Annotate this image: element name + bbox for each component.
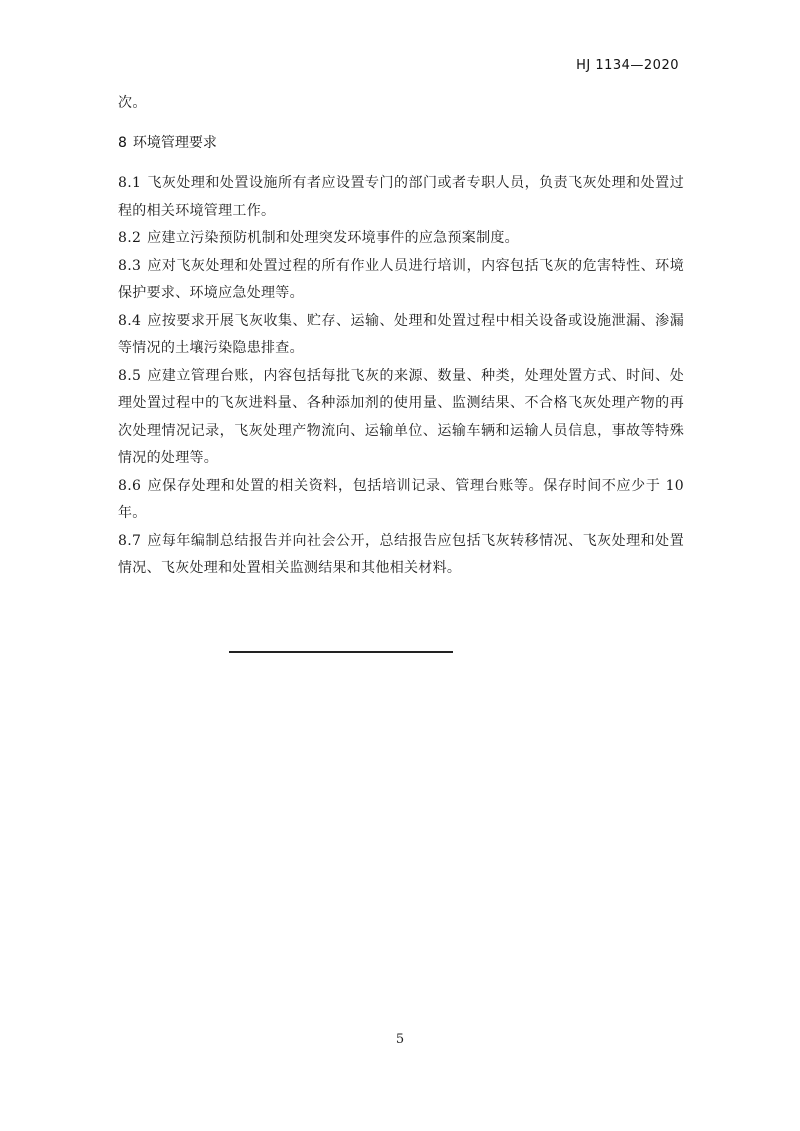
clause-8-4: 8.4应按要求开展飞灰收集、贮存、运输、处理和处置过程中相关设备或设施泄漏、渗漏…: [118, 308, 684, 363]
page-body: 次。 8环境管理要求 8.1飞灰处理和处置设施所有者应设置专门的部门或者专职人员…: [118, 90, 684, 583]
clause-text: 应保存处理和处置的相关资料，包括培训记录、管理台账等。保存时间不应少于 10 年…: [118, 478, 684, 522]
clause-number: 8.7: [118, 533, 141, 549]
clause-8-5: 8.5应建立管理台账，内容包括每批飞灰的来源、数量、种类，处理处置方式、时间、处…: [118, 363, 684, 473]
clause-number: 8.6: [118, 478, 141, 494]
clause-number: 8.2: [118, 230, 141, 246]
clause-number: 8.3: [118, 258, 141, 274]
clause-8-6: 8.6应保存处理和处置的相关资料，包括培训记录、管理台账等。保存时间不应少于 1…: [118, 473, 684, 528]
clause-text: 应对飞灰处理和处置过程的所有作业人员进行培训，内容包括飞灰的危害特性、环境保护要…: [118, 258, 684, 302]
page-number: 5: [0, 1032, 800, 1047]
clause-text: 应建立污染预防机制和处理突发环境事件的应急预案制度。: [147, 230, 519, 246]
clause-number: 8.4: [118, 313, 141, 329]
clause-8-1: 8.1飞灰处理和处置设施所有者应设置专门的部门或者专职人员，负责飞灰处理和处置过…: [118, 170, 684, 225]
clause-8-7: 8.7应每年编制总结报告并向社会公开，总结报告应包括飞灰转移情况、飞灰处理和处置…: [118, 528, 684, 583]
continuation-text: 次。: [118, 90, 684, 116]
clause-number: 8.5: [118, 368, 141, 384]
end-of-standard-rule: [229, 651, 453, 653]
standard-code: HJ 1134—2020: [576, 58, 679, 73]
clause-text: 应按要求开展飞灰收集、贮存、运输、处理和处置过程中相关设备或设施泄漏、渗漏等情况…: [118, 313, 684, 357]
clause-text: 应每年编制总结报告并向社会公开，总结报告应包括飞灰转移情况、飞灰处理和处置情况、…: [118, 533, 684, 577]
section-number: 8: [118, 135, 127, 151]
clause-number: 8.1: [118, 175, 141, 191]
clause-8-2: 8.2应建立污染预防机制和处理突发环境事件的应急预案制度。: [118, 225, 684, 253]
section-heading: 8环境管理要求: [118, 130, 684, 156]
section-title: 环境管理要求: [133, 135, 217, 151]
clause-text: 飞灰处理和处置设施所有者应设置专门的部门或者专职人员，负责飞灰处理和处置过程的相…: [118, 175, 684, 219]
clause-8-3: 8.3应对飞灰处理和处置过程的所有作业人员进行培训，内容包括飞灰的危害特性、环境…: [118, 253, 684, 308]
clause-text: 应建立管理台账，内容包括每批飞灰的来源、数量、种类，处理处置方式、时间、处理处置…: [118, 368, 684, 467]
